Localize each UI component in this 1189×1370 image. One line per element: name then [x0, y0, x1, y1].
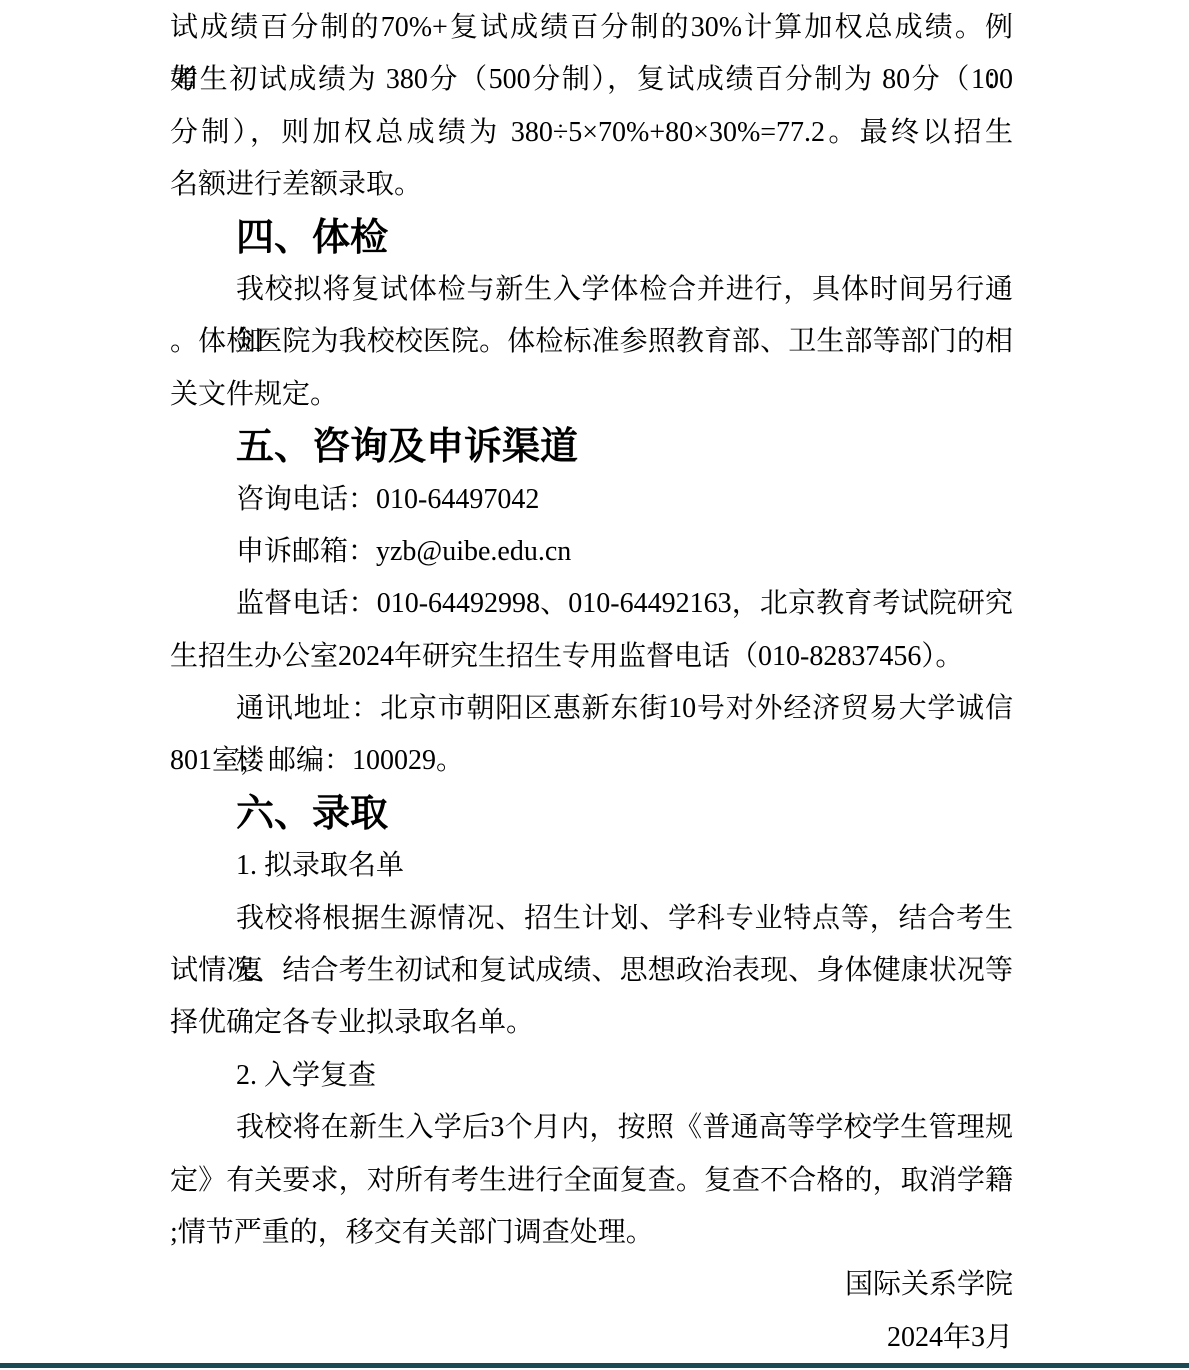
mailing-address-line: 通讯地址：北京市朝阳区惠新东街10号对外经济贸易大学诚信楼: [170, 683, 1013, 735]
paragraph-line: 定》有关要求，对所有考生进行全面复查。复查不合格的，取消学籍: [170, 1155, 1013, 1207]
paragraph-line: ;情节严重的，移交有关部门调查处理。: [170, 1207, 1013, 1259]
paragraph-line: 名额进行差额录取。: [170, 159, 1013, 211]
paragraph-line: 关文件规定。: [170, 369, 1013, 421]
supervision-phone-line: 监督电话：010-64492998、010-64492163，北京教育考试院研究: [170, 578, 1013, 630]
supervision-phone-line: 生招生办公室2024年研究生招生专用监督电话（010-82837456）。: [170, 631, 1013, 683]
consultation-phone-line: 咨询电话：010-64497042: [170, 474, 1013, 526]
paragraph-line: 我校将在新生入学后3个月内，按照《普通高等学校学生管理规: [170, 1102, 1013, 1154]
paragraph-line: 分制），则加权总成绩为 380÷5×70%+80×30%=77.2。最终以招生: [170, 107, 1013, 159]
document-page: { "page": { "background_color": "#ffffff…: [0, 0, 1189, 1370]
appeal-email-line: 申诉邮箱：yzb@uibe.edu.cn: [170, 526, 1013, 578]
section-heading-admission: 六、录取: [170, 788, 1013, 840]
footer-divider-bar: [0, 1363, 1189, 1368]
paragraph-line: 考生初试成绩为 380分（500分制），复试成绩百分制为 80分（100: [170, 54, 1013, 106]
paragraph-line: 择优确定各专业拟录取名单。: [170, 997, 1013, 1049]
section-heading-physical-exam: 四、体检: [170, 212, 1013, 264]
paragraph-line: 我校拟将复试体检与新生入学体检合并进行，具体时间另行通知: [170, 264, 1013, 316]
paragraph-line: 试成绩百分制的70%+复试成绩百分制的30%计算加权总成绩。例如：: [170, 2, 1013, 54]
section-heading-consultation: 五、咨询及申诉渠道: [170, 421, 1013, 473]
paragraph-line: 。体检医院为我校校医院。体检标准参照教育部、卫生部等部门的相: [170, 316, 1013, 368]
signature-organization: 国际关系学院: [170, 1259, 1013, 1311]
subsection-title-enrollment-recheck: 2. 入学复查: [170, 1050, 1013, 1102]
paragraph-line: 我校将根据生源情况、招生计划、学科专业特点等，结合考生复: [170, 893, 1013, 945]
signature-date: 2024年3月: [170, 1312, 1013, 1364]
document-body: 试成绩百分制的70%+复试成绩百分制的30%计算加权总成绩。例如： 考生初试成绩…: [170, 2, 1013, 1364]
mailing-address-line: 801室，邮编：100029。: [170, 735, 1013, 787]
paragraph-line: 试情况、结合考生初试和复试成绩、思想政治表现、身体健康状况等: [170, 945, 1013, 997]
subsection-title-proposed-list: 1. 拟录取名单: [170, 840, 1013, 892]
